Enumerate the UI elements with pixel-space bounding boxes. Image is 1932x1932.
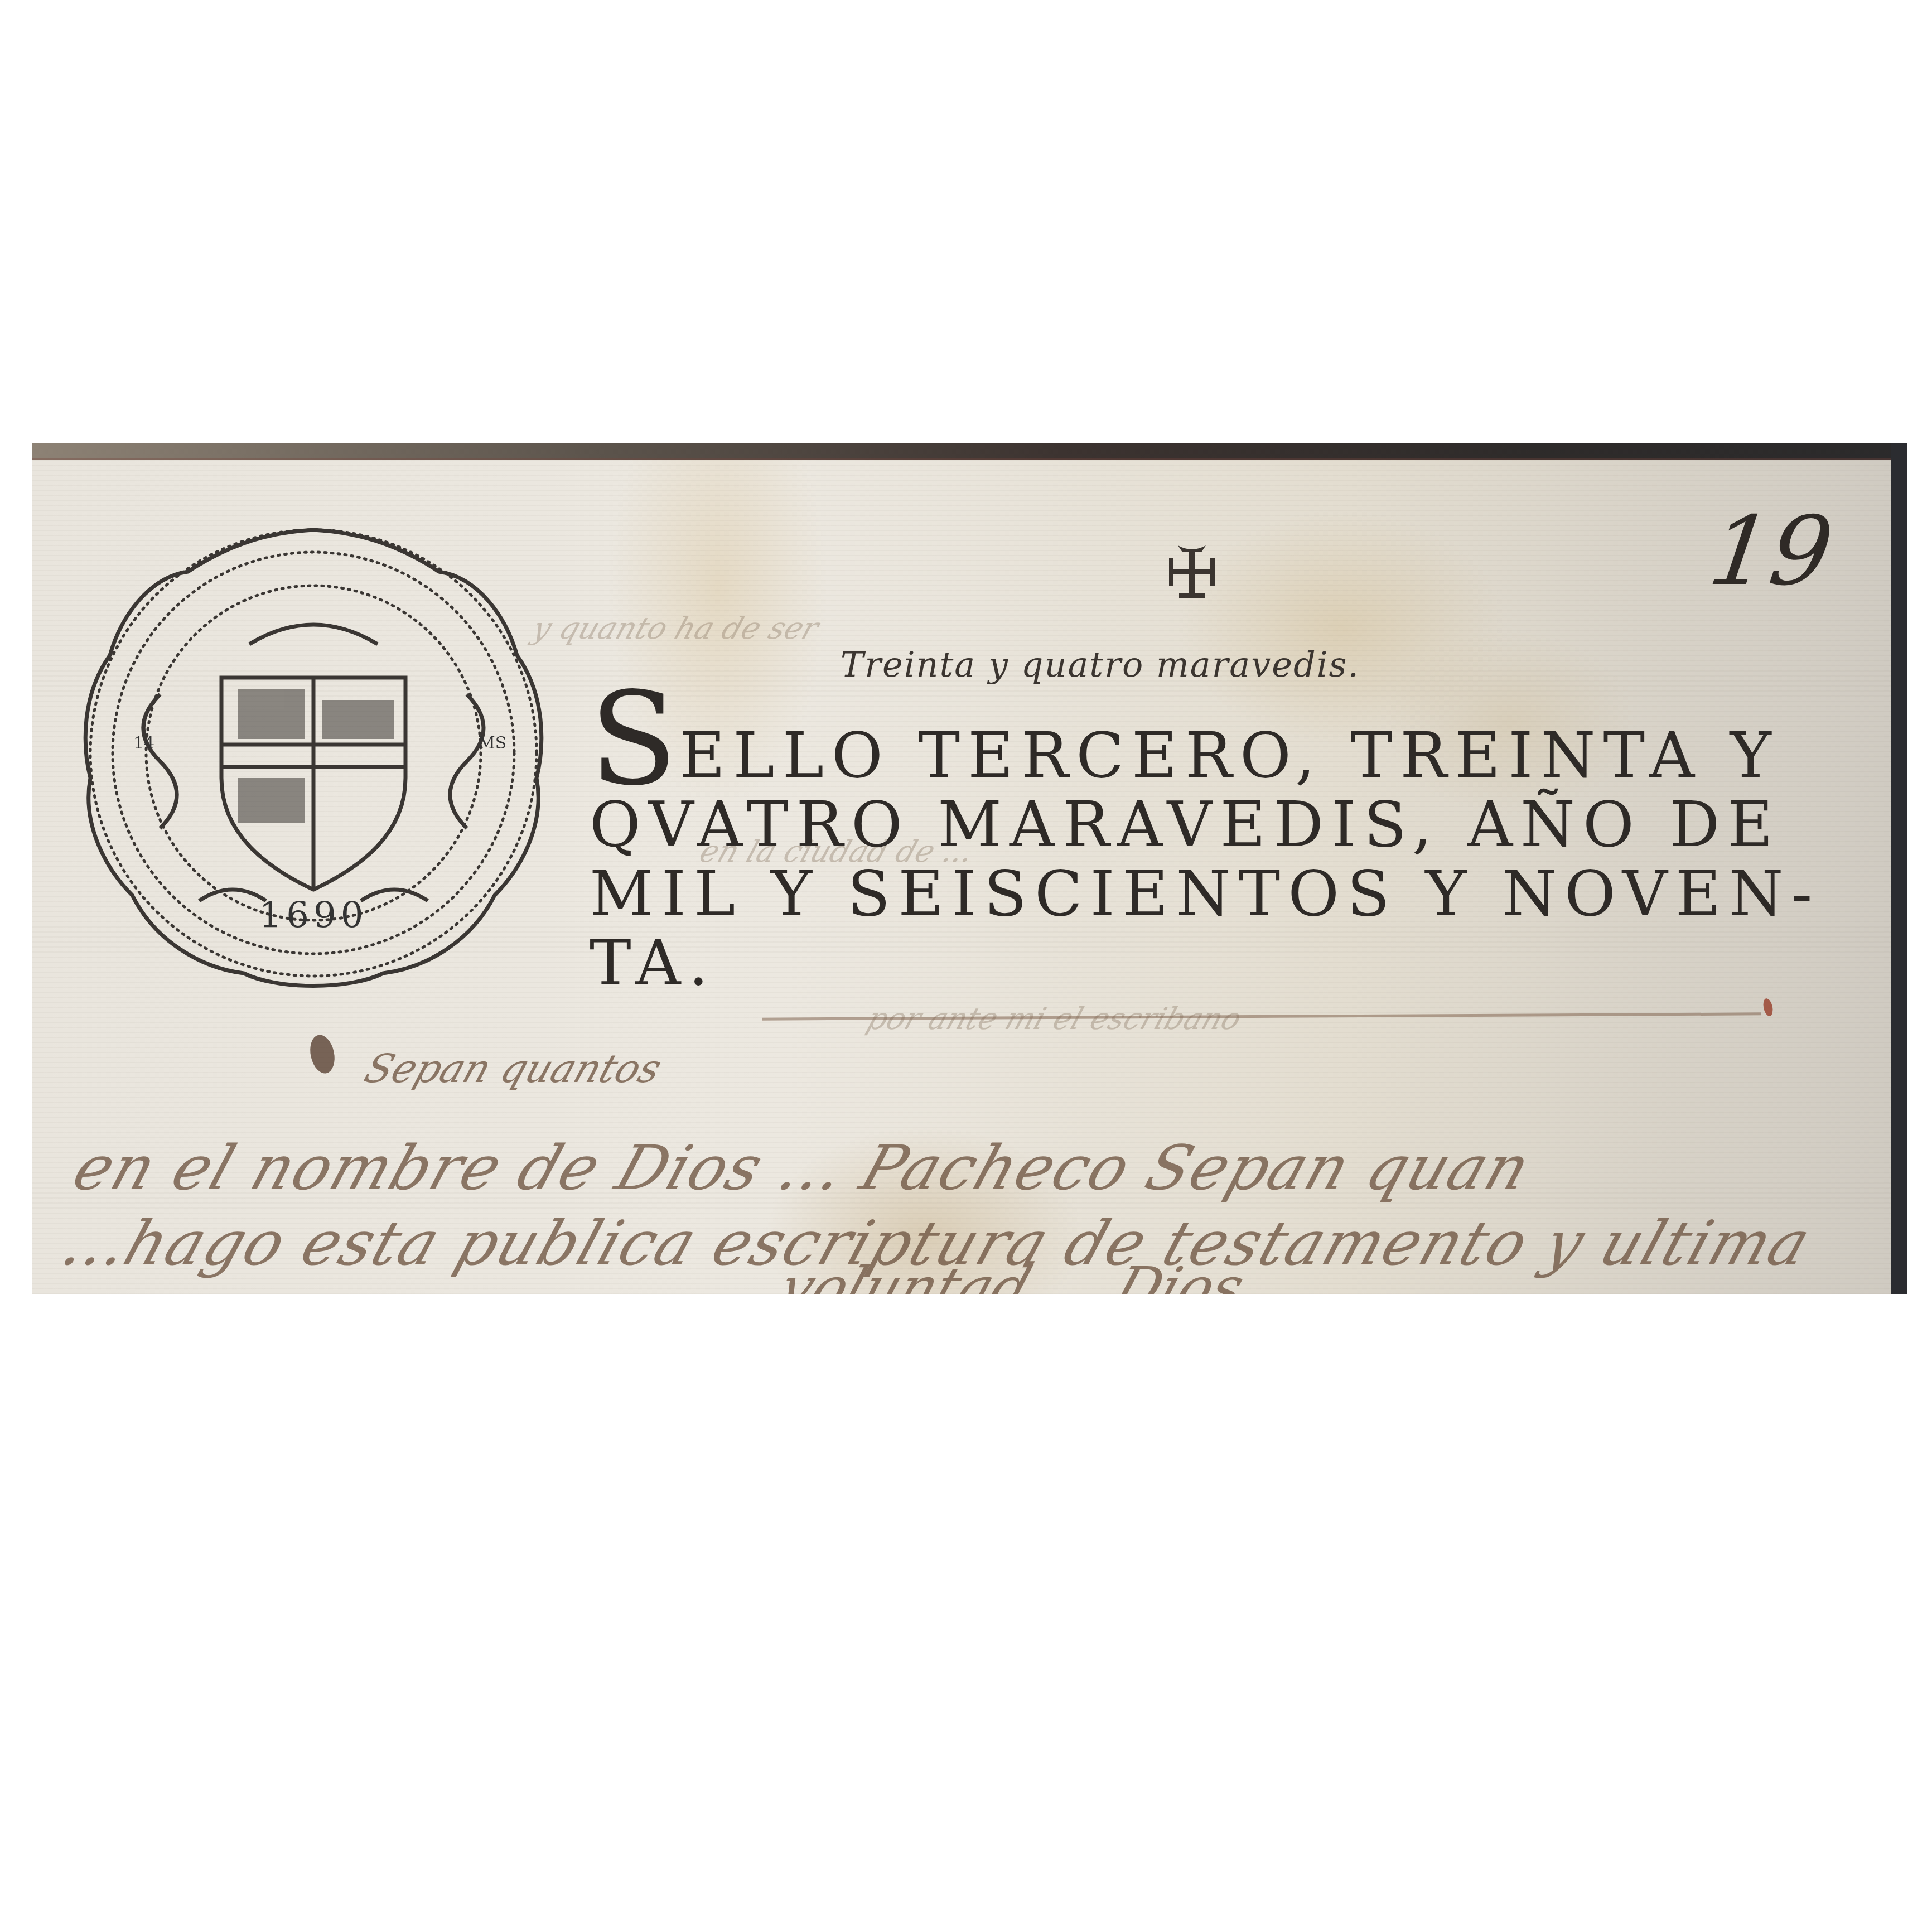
seal-left-mark: 14 — [133, 733, 154, 753]
seal-right-mark: MS — [478, 733, 506, 753]
handwritten-line: Sepan quantos — [359, 1046, 668, 1091]
cross-icon — [1167, 541, 1217, 602]
handwritten-line: en el nombre de Dios ... Pacheco Sepan q… — [65, 1132, 1539, 1204]
document-right-edge — [1891, 443, 1907, 1294]
heading-line-3: MIL Y SEISCIENTOS Y NOVEN- — [590, 859, 1789, 929]
heading-line-2: QVATRO MARAVEDIS, AÑO DE — [590, 790, 1789, 859]
royal-seal-stamp: 14 MS 1690 — [71, 510, 556, 996]
ink-blot — [307, 1032, 338, 1075]
document-top-edge — [32, 443, 1907, 460]
handwritten-line: ...voluntad ... Dios — [718, 1255, 1252, 1294]
heading-line-4: TA. — [590, 929, 1789, 998]
document-photo: y quanto ha de ser en la ciudad de ... p… — [32, 443, 1907, 1294]
bleedthrough-text: y quanto ha de ser — [528, 611, 823, 646]
seal-year: 1690 — [71, 895, 556, 936]
heading-line-1: SELLO TERCERO, TREINTA Y — [590, 706, 1789, 790]
folio-number: 19 — [1703, 496, 1839, 607]
ink-blot — [1762, 998, 1774, 1017]
printed-heading: SELLO TERCERO, TREINTA Y QVATRO MARAVEDI… — [590, 706, 1789, 998]
printed-subtitle: Treinta y quatro maravedis. — [841, 644, 1510, 685]
